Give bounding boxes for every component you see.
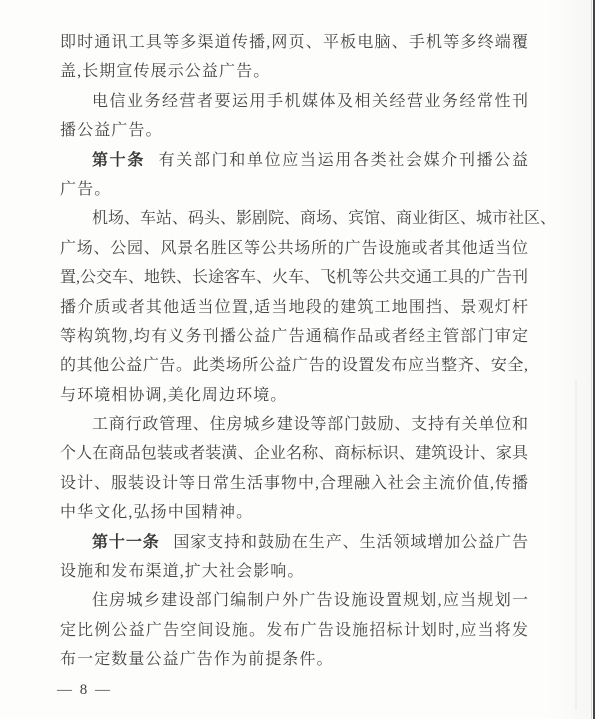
article-number: 第十条 <box>92 152 145 169</box>
text-line: 盖,长期宣传展示公益广告。 <box>60 57 528 86</box>
text-line: 置,公交车、地铁、长途客车、火车、飞机等公共交通工具的广告刊 <box>60 263 528 292</box>
text-line: 设施和发布渠道,扩大社会影响。 <box>60 557 528 586</box>
document-body: 即时通讯工具等多渠道传播,网页、平板电脑、手机等多终端覆盖,长期宣传展示公益广告… <box>60 28 528 675</box>
text-line: 中华文化,弘扬中国精神。 <box>60 498 528 527</box>
text-line: 即时通讯工具等多渠道传播,网页、平板电脑、手机等多终端覆 <box>60 28 528 57</box>
text-line: 与环境相协调,美化周边环境。 <box>60 381 528 410</box>
text-line: 布一定数量公益广告作为前提条件。 <box>60 645 528 674</box>
text-line: 等构筑物,均有义务刊播公益广告通稿作品或者经主管部门审定 <box>60 322 528 351</box>
text-line: 机场、车站、码头、影剧院、商场、宾馆、商业街区、城市社区、 <box>60 204 528 233</box>
text-line: 个人在商品包装或者装潢、企业名称、商标标识、建筑设计、家具 <box>60 439 528 468</box>
text-line: 第十一条国家支持和鼓励在生产、生活领域增加公益广告 <box>60 528 528 557</box>
text-line: 工商行政管理、住房城乡建设等部门鼓励、支持有关单位和 <box>60 410 528 439</box>
text-line: 第十条有关部门和单位应当运用各类社会媒介刊播公益 <box>60 146 528 175</box>
text-line: 电信业务经营者要运用手机媒体及相关经营业务经常性刊 <box>60 87 528 116</box>
scanned-document-page: 即时通讯工具等多渠道传播,网页、平板电脑、手机等多终端覆盖,长期宣传展示公益广告… <box>0 0 595 719</box>
text-line: 设计、服装设计等日常生活事物中,合理融入社会主流价值,传播 <box>60 469 528 498</box>
text-line: 定比例公益广告空间设施。发布广告设施招标计划时,应当将发 <box>60 616 528 645</box>
text-line: 广告。 <box>60 175 528 204</box>
text-line: 广场、公园、风景名胜区等公共场所的广告设施或者其他适当位 <box>60 234 528 263</box>
article-number: 第十一条 <box>92 534 160 551</box>
text-line: 播公益广告。 <box>60 116 528 145</box>
text-line: 住房城乡建设部门编制户外广告设施设置规划,应当规划一 <box>60 586 528 615</box>
page-number: — 8 — <box>57 682 112 699</box>
scan-streak-artifact <box>575 380 577 710</box>
text-line: 播介质或者其他适当位置,适当地段的建筑工地围挡、景观灯杆 <box>60 293 528 322</box>
text-line: 的其他公益广告。此类场所公益广告的设置发布应当整齐、安全, <box>60 351 528 380</box>
